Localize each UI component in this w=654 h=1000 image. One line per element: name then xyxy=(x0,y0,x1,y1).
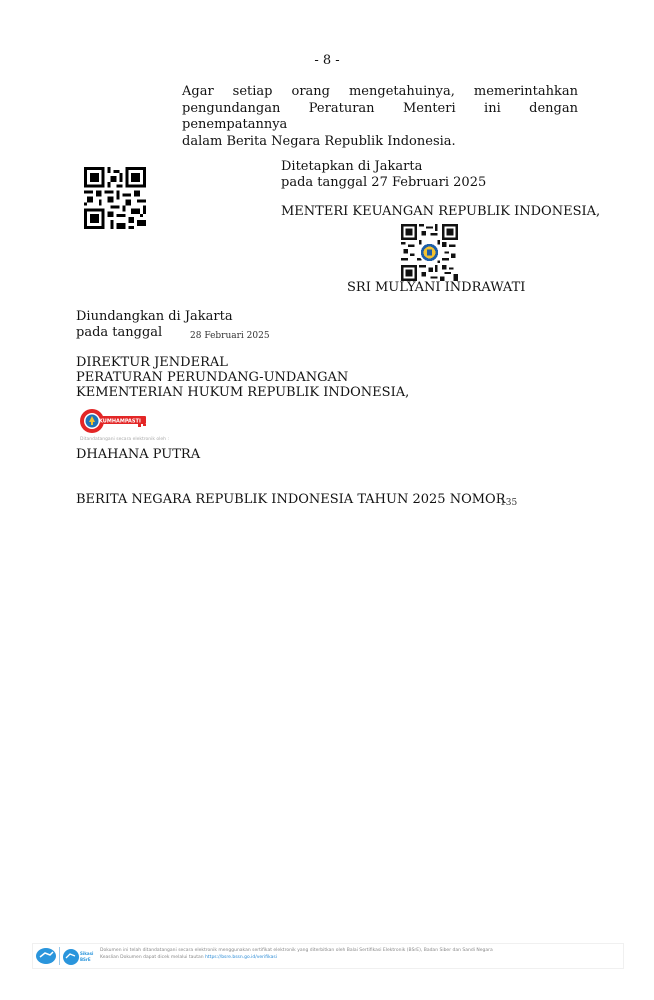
bsre-verification-link[interactable]: https://bsre.bssn.go.id/verifikasi xyxy=(205,955,277,960)
svg-text:Sikasi: Sikasi xyxy=(80,951,94,956)
kumham-e-signature-logo-icon: KUMHAMPASTI xyxy=(78,407,150,437)
bsre-footer-line2-prefix: Keaslian Dokumen dapat dicek melalui tau… xyxy=(100,955,204,960)
svg-text:BSrE: BSrE xyxy=(80,957,91,962)
bsre-logo-icon: Sikasi BSrE xyxy=(35,945,97,967)
paragraph-line: pengundangan Peraturan Menteri ini denga… xyxy=(182,101,578,134)
enactment-place: Ditetapkan di Jakarta xyxy=(281,159,422,175)
bsre-footer-line1: Dokumen ini telah ditandatangani secara … xyxy=(100,947,493,954)
gazette-label: BERITA NEGARA REPUBLIK INDONESIA TAHUN 2… xyxy=(76,492,505,508)
bsre-footer-line2: Keaslian Dokumen dapat dicek melalui tau… xyxy=(100,954,277,961)
promulgation-date-value: 28 Februari 2025 xyxy=(190,331,270,341)
signature-qr-seal-icon xyxy=(401,224,458,281)
gazette-number: 135 xyxy=(500,498,517,508)
enactment-date: pada tanggal 27 Februari 2025 xyxy=(281,175,486,191)
promulgation-date-label: pada tanggal xyxy=(76,325,162,341)
page-number: - 8 - xyxy=(0,53,654,68)
enactment-signatory-name: SRI MULYANI INDRAWATI xyxy=(347,280,525,296)
promulgation-title-line: PERATURAN PERUNDANG-UNDANGAN xyxy=(76,370,348,386)
e-signature-caption: Ditandatangani secara elektronik oleh : xyxy=(80,437,169,442)
paragraph-line: Agar setiap orang mengetahuinya, memerin… xyxy=(182,84,578,101)
document-qr-code-icon xyxy=(84,167,146,229)
promulgation-title-line: DIREKTUR JENDERAL xyxy=(76,355,228,371)
promulgation-title-line: KEMENTERIAN HUKUM REPUBLIK INDONESIA, xyxy=(76,385,409,401)
enactment-official-title: MENTERI KEUANGAN REPUBLIK INDONESIA, xyxy=(281,204,600,220)
promulgation-place: Diundangkan di Jakarta xyxy=(76,309,233,325)
svg-text:KUMHAMPASTI: KUMHAMPASTI xyxy=(99,419,141,425)
closing-paragraph: Agar setiap orang mengetahuinya, memerin… xyxy=(182,84,578,150)
paragraph-line: dalam Berita Negara Republik Indonesia. xyxy=(182,134,578,151)
promulgation-signatory-name: DHAHANA PUTRA xyxy=(76,447,200,463)
